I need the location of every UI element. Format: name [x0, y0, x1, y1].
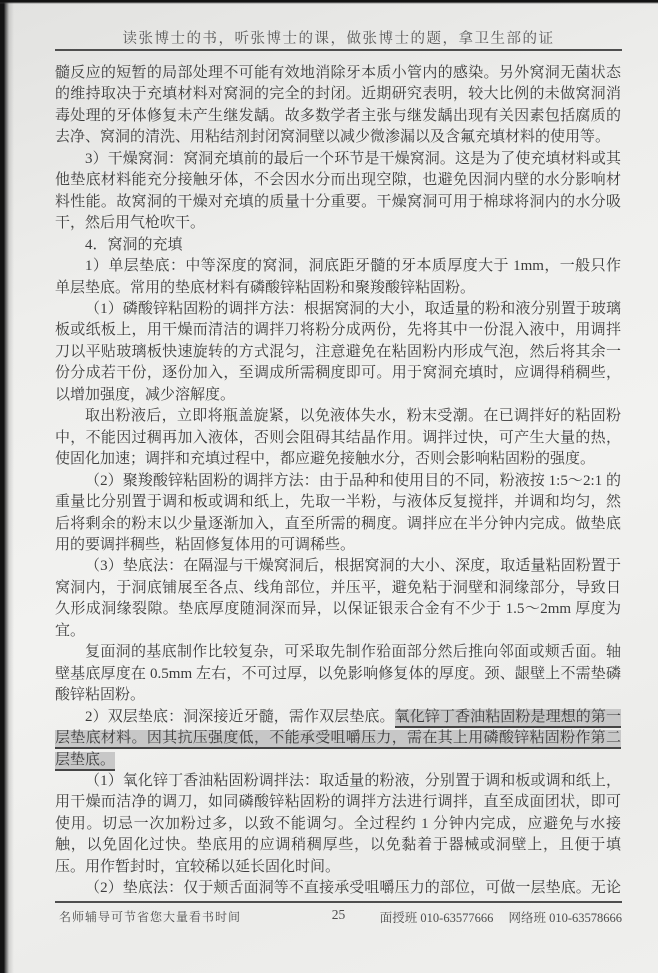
footer-phone-net: 网络班 010-63578666	[508, 911, 622, 925]
text-run: 髓反应的短暂的局部处理不可能有效地消除牙本质小管内的感染。另外窝洞无菌状态的维持…	[55, 65, 621, 145]
text-run: （2）垫底法：仅于颊舌面洞等不直接承受咀嚼压力的部位，可做一层垫底。无论何处，均…	[55, 880, 621, 901]
paragraph: 1）单层垫底：中等深度的窝洞，洞底距牙髓的牙本质厚度大于 1mm，一般只作单层垫…	[55, 256, 621, 299]
scan-top-edge	[0, 0, 658, 4]
footer-rule	[55, 901, 622, 903]
footer-contact: 面授班 010-63577666 网络班 010-63578666	[368, 908, 622, 926]
paragraph: 髓反应的短暂的局部处理不可能有效地消除牙本质小管内的感染。另外窝洞无菌状态的维持…	[55, 63, 621, 149]
text-run: 复面洞的基底制作比较复杂，可采取先制作𬌗面部分然后推向邻面或颊舌面。轴壁基底厚度…	[55, 644, 621, 703]
text-run: （2）聚羧酸锌粘固粉的调拌方法：由于品种和使用目的不同，粉液按 1:5～2:1 …	[55, 473, 621, 553]
paragraph: （2）垫底法：仅于颊舌面洞等不直接承受咀嚼压力的部位，可做一层垫底。无论何处，均…	[55, 878, 621, 901]
text-run: 2）双层垫底：洞深接近牙髓，需作双层垫底。	[85, 709, 395, 725]
paragraph: 4．窝洞的充填	[55, 235, 621, 256]
body-text: 髓反应的短暂的局部处理不可能有效地消除牙本质小管内的感染。另外窝洞无菌状态的维持…	[55, 63, 621, 901]
text-run: 3）干燥窝洞：窝洞充填前的最后一个环节是干燥窝洞。这是为了使充填材料或其他垫底材…	[55, 151, 621, 231]
paragraph: （1）氧化锌丁香油粘固粉调拌法：取适量的粉液，分别置于调和板或调和纸上，用干燥而…	[55, 771, 621, 878]
text-run: 4．窝洞的充填	[85, 237, 183, 253]
text-run: （1）磷酸锌粘固粉的调拌方法：根据窝洞的大小，取适量的粉和液分别置于玻璃板或纸板…	[55, 301, 621, 403]
paragraph: （2）聚羧酸锌粘固粉的调拌方法：由于品种和使用目的不同，粉液按 1:5～2:1 …	[55, 471, 621, 557]
scan-left-edge	[0, 0, 14, 973]
paragraph: 复面洞的基底制作比较复杂，可采取先制作𬌗面部分然后推向邻面或颊舌面。轴壁基底厚度…	[55, 642, 621, 706]
scanned-page: 读张博士的书，听张博士的课，做张博士的题，拿卫生部的证 髓反应的短暂的局部处理不…	[0, 0, 658, 973]
paragraph: 取出粉液后，立即将瓶盖旋紧，以免液体失水，粉末受潮。在已调拌好的粘固粉中，不能因…	[55, 406, 621, 470]
text-run: 1）单层垫底：中等深度的窝洞，洞底距牙髓的牙本质厚度大于 1mm，一般只作单层垫…	[55, 258, 621, 295]
text-run: （1）氧化锌丁香油粘固粉调拌法：取适量的粉液，分别置于调和板或调和纸上，用干燥而…	[55, 773, 621, 875]
paragraph: （3）垫底法：在隔湿与干燥窝洞后，根据窝洞的大小、深度，取适量粘固粉置于窝洞内，…	[55, 556, 621, 642]
text-run: （3）垫底法：在隔湿与干燥窝洞后，根据窝洞的大小、深度，取适量粘固粉置于窝洞内，…	[55, 558, 621, 638]
header-rule	[55, 49, 622, 51]
paragraph: （1）磷酸锌粘固粉的调拌方法：根据窝洞的大小，取适量的粉和液分别置于玻璃板或纸板…	[55, 299, 621, 406]
page-footer: 名师辅导可节省您大量看书时间 25 面授班 010-63577666 网络班 0…	[55, 906, 622, 926]
footer-phone-face: 面授班 010-63577666	[380, 911, 494, 925]
text-run: 取出粉液后，立即将瓶盖旋紧，以免液体失水，粉末受潮。在已调拌好的粘固粉中，不能因…	[55, 408, 621, 467]
paragraph: 2）双层垫底：洞深接近牙髓，需作双层垫底。氧化锌丁香油粘固粉是理想的第一层垫底材…	[55, 707, 621, 771]
header-slogan: 读张博士的书，听张博士的课，做张博士的题，拿卫生部的证	[55, 27, 622, 48]
paragraph: 3）干燥窝洞：窝洞充填前的最后一个环节是干燥窝洞。这是为了使充填材料或其他垫底材…	[55, 149, 621, 235]
